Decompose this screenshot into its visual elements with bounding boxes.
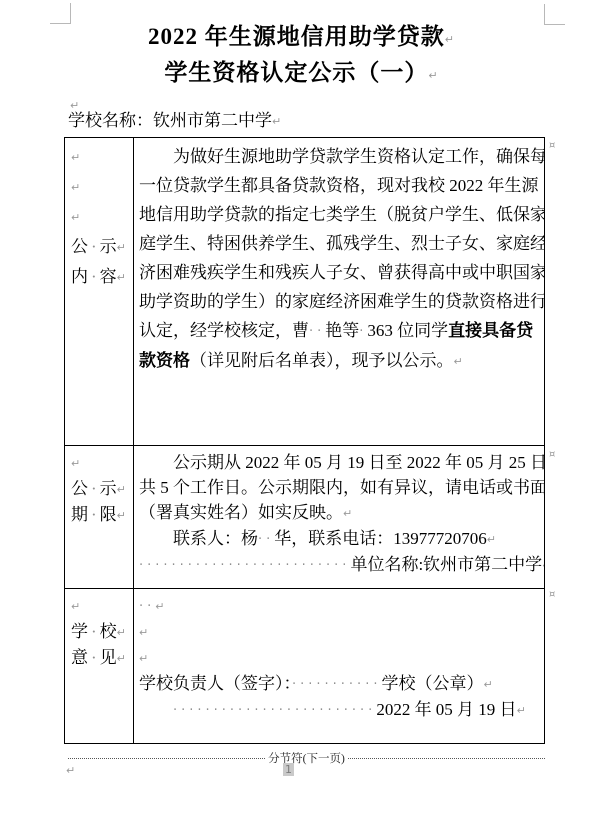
content-line: 认定，经学校核定，曹··艳等·363 位同学直接具备贷 <box>139 316 541 346</box>
empty-line: ↵ <box>139 619 541 645</box>
pilcrow-mark: ↵ <box>71 151 80 164</box>
row-end-mark: ¤ <box>549 140 555 151</box>
pilcrow-mark: ↵ <box>155 600 164 613</box>
table-row-period: ↵ 公·示↵ 期·限↵ 公示期从 2022 年 05 月 19 日至 2022 … <box>65 446 545 589</box>
pilcrow-mark: ↵ <box>139 626 148 639</box>
content-line: 公示期从 2022 年 05 月 19 日至 2022 年 05 月 25 日， <box>139 450 541 475</box>
space-dot: · <box>88 648 100 667</box>
space-dot: · <box>88 505 100 524</box>
pilcrow-mark: ↵ <box>66 764 75 777</box>
row-end-mark: ¤ <box>549 589 555 600</box>
section-break-leader <box>348 758 545 759</box>
pilcrow-mark: ↵ <box>428 69 437 82</box>
row-label-line: 内·容↵ <box>71 262 133 292</box>
row-label-line: 公·示↵ <box>71 232 133 262</box>
content-line: 学校负责人（签字）：···········学校（公章）↵ <box>139 671 541 697</box>
empty-line: ↵ <box>71 593 133 619</box>
space-dot: · <box>88 237 100 256</box>
pilcrow-mark: ↵ <box>117 483 126 496</box>
section-break-label: 分节符(下一页) <box>268 750 345 766</box>
content-line: ·························2022 年 05 月 19 … <box>139 697 541 723</box>
space-dots: ·· <box>309 324 325 339</box>
pilcrow-mark: ↵ <box>71 211 80 224</box>
pilcrow-mark: ↵ <box>445 33 454 46</box>
space-dots: ························· <box>173 703 376 718</box>
school-name-line: 学校名称：钦州市第二中学↵ <box>68 106 281 131</box>
space-dot: · <box>88 267 100 286</box>
content-line: 为做好生源地助学贷款学生资格认定工作，确保每 <box>139 142 541 171</box>
row-label-cell: ↵ 公·示↵ 期·限↵ <box>65 446 134 589</box>
document-page: 2022 年生源地信用助学贷款↵ 学生资格认定公示（一）↵ ↵ 学校名称：钦州市… <box>0 0 602 814</box>
space-dot: · <box>88 622 100 641</box>
title-line-1: 2022 年生源地信用助学贷款↵ <box>0 20 602 56</box>
bold-text: 款资格 <box>139 351 190 370</box>
pilcrow-mark: ↵ <box>117 509 126 522</box>
space-dots: ·· <box>258 532 274 547</box>
section-break-leader <box>68 758 265 759</box>
pilcrow-mark: ↵ <box>487 533 496 546</box>
content-line: ··↵ <box>139 593 541 619</box>
pilcrow-mark: ↵ <box>542 559 544 572</box>
pilcrow-mark: ↵ <box>483 678 492 691</box>
row-label-line: 学·校↵ <box>71 619 133 645</box>
content-line: 助学资助的学生）的家庭经济困难学生的贷款资格进行 <box>139 287 541 316</box>
pilcrow-mark: ↵ <box>272 115 281 128</box>
page-title: 2022 年生源地信用助学贷款↵ 学生资格认定公示（一）↵ <box>0 20 602 92</box>
title-text-1: 2022 年生源地信用助学贷款 <box>148 24 445 49</box>
row-end-mark: ¤ <box>549 449 555 460</box>
row-content-cell: ··↵ ↵ ↵ 学校负责人（签字）：···········学校（公章）↵ ···… <box>134 589 545 744</box>
row-label-line: 意·见↵ <box>71 645 133 671</box>
content-line: ··························单位名称:钦州市第二中学↵ <box>139 552 541 578</box>
empty-line: ↵ <box>71 202 133 232</box>
pilcrow-mark: ↵ <box>454 355 463 368</box>
section-break: 分节符(下一页) <box>68 750 545 766</box>
space-dots: ··········· <box>292 677 381 692</box>
school-name-text: 学校名称：钦州市第二中学 <box>68 111 272 130</box>
notice-table: ↵ ↵ ↵ 公·示↵ 内·容↵ 为做好生源地助学贷款学生资格认定工作，确保每 一… <box>64 137 545 744</box>
pilcrow-mark: ↵ <box>117 241 126 254</box>
row-label-line: 公·示↵ <box>71 476 133 502</box>
table-row-content: ↵ ↵ ↵ 公·示↵ 内·容↵ 为做好生源地助学贷款学生资格认定工作，确保每 一… <box>65 138 545 446</box>
empty-line: ↵ <box>71 450 133 476</box>
content-line: （署真实姓名）如实反映。↵ <box>139 500 541 526</box>
row-label-line: 期·限↵ <box>71 502 133 528</box>
table-row-opinion: ↵ 学·校↵ 意·见↵ ··↵ ↵ ↵ 学校负责人（签字）：··········… <box>65 589 545 744</box>
empty-line: ↵ <box>71 172 133 202</box>
pilcrow-mark: ↵ <box>117 271 126 284</box>
title-line-2: 学生资格认定公示（一）↵ <box>0 56 602 92</box>
row-content-cell: 公示期从 2022 年 05 月 19 日至 2022 年 05 月 25 日，… <box>134 446 545 589</box>
content-line: 济困难残疾学生和残疾人子女、曾获得高中或中职国家 <box>139 258 541 287</box>
pilcrow-mark: ↵ <box>71 457 80 470</box>
empty-line: ↵ <box>139 645 541 671</box>
row-content-cell: 为做好生源地助学贷款学生资格认定工作，确保每 一位贷款学生都具备贷款资格，现对我… <box>134 138 545 446</box>
page-number-field: 1 <box>283 763 294 776</box>
pilcrow-mark: ↵ <box>71 181 80 194</box>
pilcrow-mark: ↵ <box>71 600 80 613</box>
content-line: 款资格（详见附后名单表），现予以公示。↵ <box>139 346 541 376</box>
pilcrow-mark: ↵ <box>517 704 526 717</box>
bold-text: 直接具备贷 <box>448 321 533 340</box>
space-dots: ·· <box>139 599 155 614</box>
pilcrow-mark: ↵ <box>139 652 148 665</box>
content-line: 地信用助学贷款的指定七类学生（脱贫户学生、低保家 <box>139 200 541 229</box>
empty-paragraph: ↵ <box>66 762 75 780</box>
row-label-cell: ↵ 学·校↵ 意·见↵ <box>65 589 134 744</box>
pilcrow-mark: ↵ <box>117 626 126 639</box>
space-dots: ·························· <box>139 558 350 573</box>
content-line: 庭学生、特困供养学生、孤残学生、烈士子女、家庭经 <box>139 229 541 258</box>
content-line: 一位贷款学生都具备贷款资格，现对我校 2022 年生源 <box>139 171 541 200</box>
content-line: 共 5 个工作日。公示期限内，如有异议，请电话或书面 <box>139 475 541 500</box>
content-line: 联系人：杨··华，联系电话：13977720706↵ <box>139 526 541 552</box>
row-label-cell: ↵ ↵ ↵ 公·示↵ 内·容↵ <box>65 138 134 446</box>
space-dot: · <box>88 479 100 498</box>
pilcrow-mark: ↵ <box>343 507 352 520</box>
title-text-2: 学生资格认定公示（一） <box>164 60 428 85</box>
pilcrow-mark: ↵ <box>117 652 126 665</box>
empty-line: ↵ <box>71 142 133 172</box>
